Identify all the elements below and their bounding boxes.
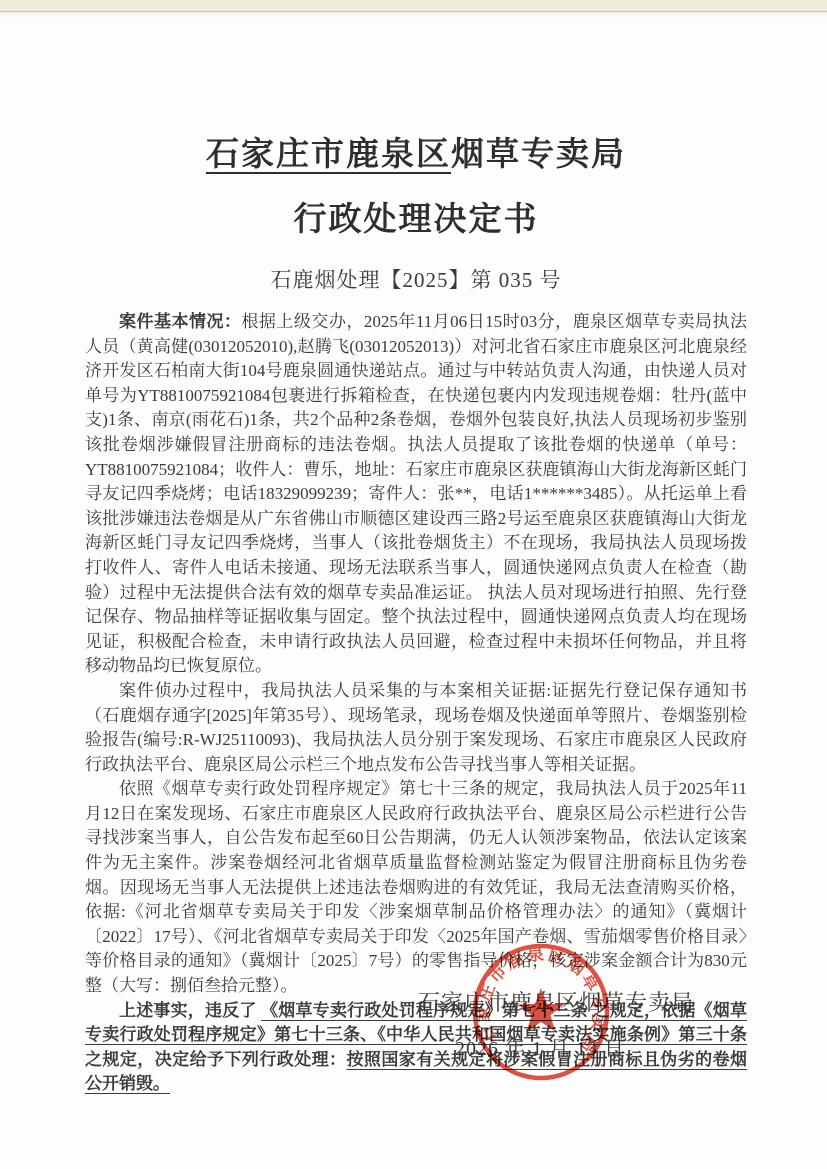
decision-middle: 之规定，决定给予下列行政处理： bbox=[85, 1050, 347, 1069]
scan-artifact-top bbox=[0, 0, 827, 12]
paragraph-evidence: 案件侦办过程中，我局执法人员采集的与本案相关证据:证据先行登记保存通知书（石鹿烟… bbox=[85, 679, 747, 777]
issue-date: 2026 年 1 月 13 日 bbox=[455, 1032, 625, 1061]
issuer-signature: 石家庄市鹿泉区烟草专卖局 bbox=[418, 986, 694, 1017]
case-facts-text: 根据上级交办，2025年11月06日15时03分，鹿泉区烟草专卖局执法人员（黄高… bbox=[85, 312, 747, 675]
document-subtitle: 行政处理决定书 bbox=[85, 193, 747, 240]
case-facts-label: 案件基本情况： bbox=[119, 312, 241, 331]
title-rest-part: 烟草专卖局 bbox=[451, 137, 626, 173]
document-content: 石家庄市鹿泉区烟草专卖局 行政处理决定书 石鹿烟处理【2025】第 035 号 … bbox=[85, 128, 747, 1097]
decision-intro: 上述事实，违反了 bbox=[119, 1001, 261, 1020]
document-title: 石家庄市鹿泉区烟草专卖局 bbox=[85, 128, 747, 175]
document-number: 石鹿烟处理【2025】第 035 号 bbox=[85, 264, 747, 294]
paragraph-case-facts: 案件基本情况：根据上级交办，2025年11月06日15时03分，鹿泉区烟草专卖局… bbox=[85, 310, 747, 679]
scan-artifact-shadow bbox=[0, 12, 827, 18]
document-body: 案件基本情况：根据上级交办，2025年11月06日15时03分，鹿泉区烟草专卖局… bbox=[85, 310, 747, 1097]
title-underlined-part: 石家庄市鹿泉区 bbox=[206, 137, 451, 173]
paragraph-procedure: 依照《烟草专卖行政处罚程序规定》第七十三条的规定，我局执法人员于2025年11月… bbox=[85, 777, 747, 998]
document-page: 石家庄市鹿泉区烟草专卖局 行政处理决定书 石鹿烟处理【2025】第 035 号 … bbox=[0, 0, 827, 1169]
